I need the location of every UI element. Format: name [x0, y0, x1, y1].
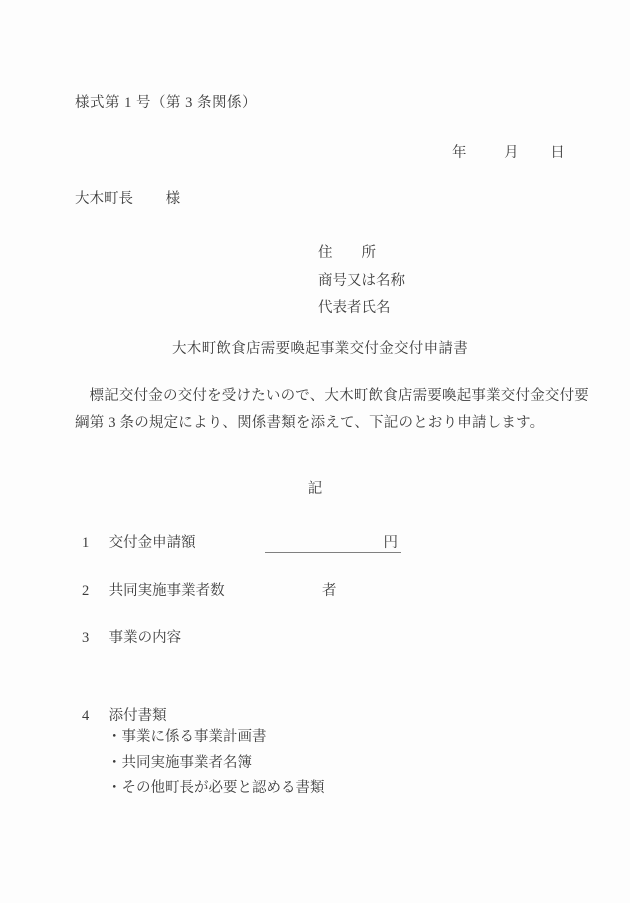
item-number: 2 [82, 583, 105, 600]
addressee-honorific: 様 [166, 191, 181, 207]
attachment-bullet-business-plan: ・事業に係る事業計画書 [107, 729, 267, 746]
month-label: 月 [504, 145, 519, 161]
application-form-page: 様式第 1 号（第 3 条関係） 年 月 日 大木町長 様 住 所 商号又は名称… [0, 0, 630, 903]
form-number: 様式第 1 号（第 3 条関係） [75, 95, 257, 112]
body-text-line-2: 綱第 3 条の規定により、関係書類を添えて、下記のとおり申請します。 [75, 415, 544, 432]
counter-unit-label: 者 [322, 583, 337, 600]
attachment-bullet-roster: ・共同実施事業者名簿 [107, 755, 252, 772]
item-label: 交付金申請額 [109, 535, 196, 551]
amount-entry-underline: 円 [265, 535, 401, 553]
item-number: 3 [82, 630, 105, 647]
item-business-details: 3 事業の内容 [75, 630, 181, 647]
item-label: 添付書類 [109, 708, 167, 724]
document-title: 大木町飲食店需要喚起事業交付金交付申請書 [172, 341, 468, 358]
year-label: 年 [452, 145, 467, 161]
representative-name-label: 代表者氏名 [318, 295, 405, 323]
applicant-block: 住 所 商号又は名称 代表者氏名 [318, 240, 405, 323]
item-number: 1 [82, 535, 105, 552]
item-label: 共同実施事業者数 [109, 583, 225, 599]
addressee-line: 大木町長 様 [75, 191, 180, 208]
trade-name-label: 商号又は名称 [318, 268, 405, 296]
day-label: 日 [550, 145, 565, 161]
date-line: 年 月 日 [452, 145, 565, 162]
body-text-line-1: 標記交付金の交付を受けたいので、大木町飲食店需要喚起事業交付金交付要 [75, 388, 589, 405]
item-joint-business-count: 2 共同実施事業者数 者 [75, 583, 225, 600]
yen-unit-label: 円 [384, 535, 399, 551]
address-label: 住 所 [318, 240, 405, 268]
item-number: 4 [82, 708, 105, 725]
item-grant-amount: 1 交付金申請額 円 [75, 535, 196, 552]
list-marker-ki: 記 [0, 481, 630, 498]
item-attached-documents: 4 添付書類 [75, 708, 167, 725]
attachment-bullet-other-documents: ・その他町長が必要と認める書類 [107, 780, 325, 797]
item-label: 事業の内容 [109, 630, 182, 646]
addressee-name: 大木町長 [75, 191, 133, 207]
